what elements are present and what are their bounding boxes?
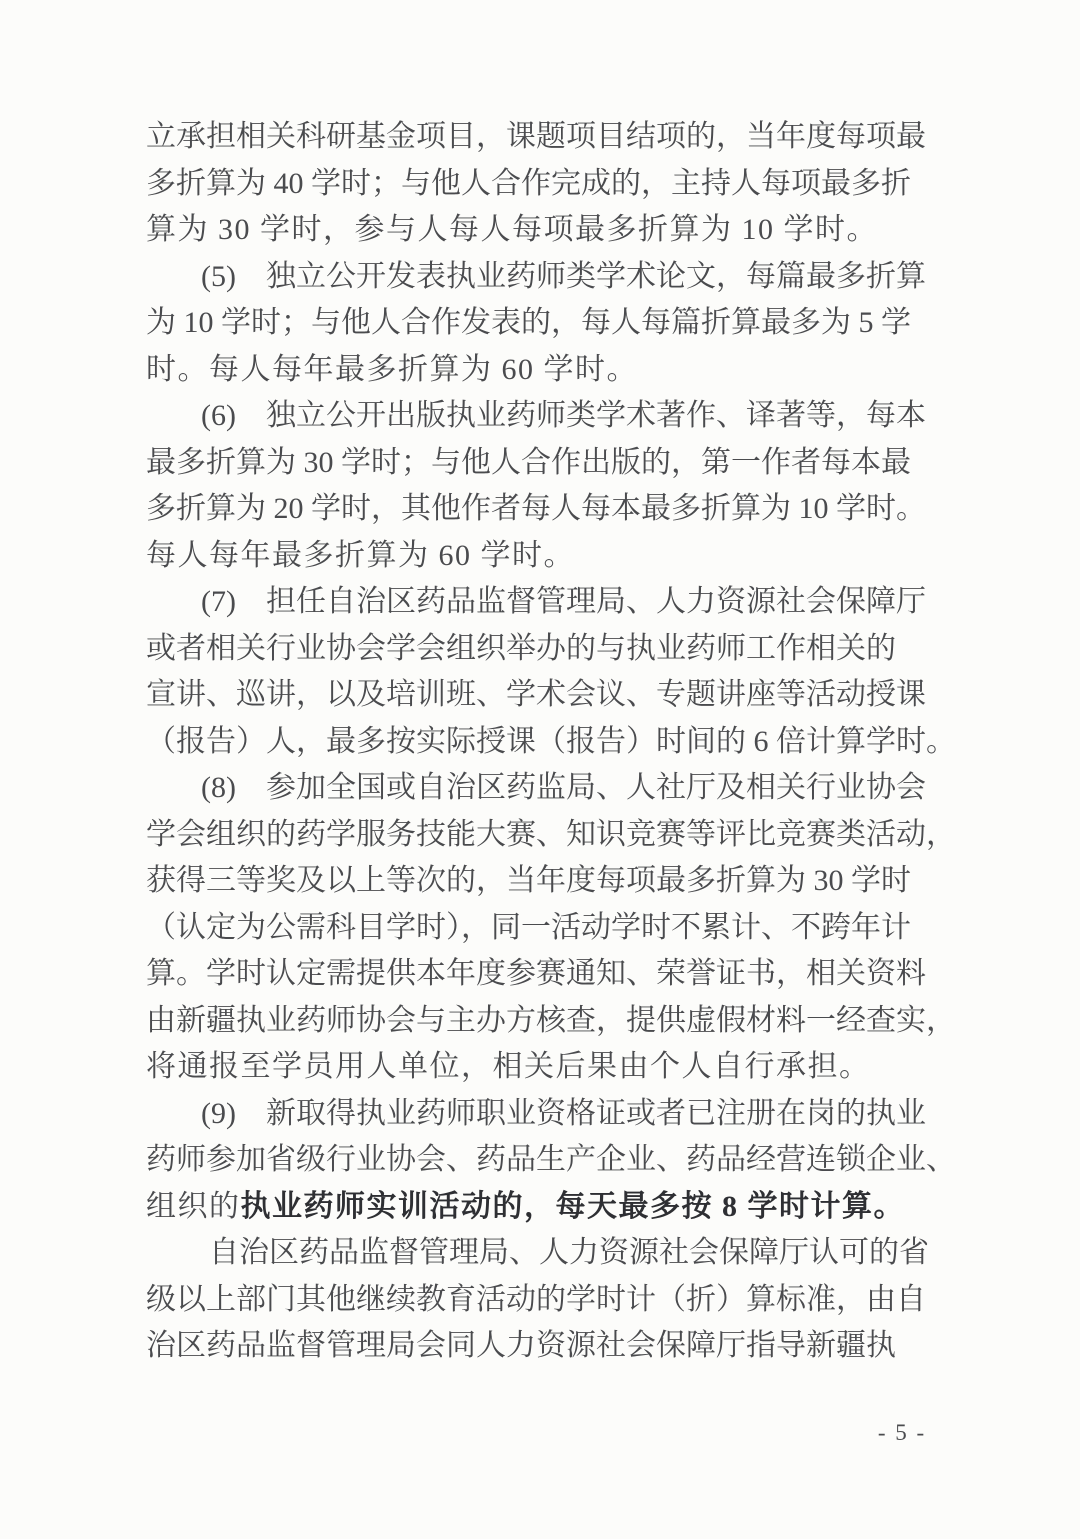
- text-line: (8) 参加全国或自治区药监局、人社厅及相关行业协会: [146, 765, 938, 812]
- text-line: 学会组织的药学服务技能大赛、知识竞赛等评比竞赛类活动，: [146, 812, 938, 859]
- text-line: 多折算为 40 学时；与他人合作完成的，主持人每项最多折: [146, 161, 938, 208]
- text-line: (9) 新取得执业药师职业资格证或者已注册在岗的执业: [146, 1091, 938, 1138]
- para-continuation: 立承担相关科研基金项目，课题项目结项的，当年度每项最多折算为 40 学时；与他人…: [146, 114, 938, 254]
- para-item-5: (5) 独立公开发表执业药师类学术论文，每篇最多折算为 10 学时；与他人合作发…: [146, 254, 938, 394]
- text-segment: 组织的: [146, 1190, 241, 1223]
- para-item-7: (7) 担任自治区药品监督管理局、人力资源社会保障厅或者相关行业协会学会组织举办…: [146, 579, 938, 765]
- text-line: 算为 30 学时，参与人每人每项最多折算为 10 学时。: [146, 207, 938, 254]
- text-line: 治区药品监督管理局会同人力资源社会保障厅指导新疆执: [146, 1323, 938, 1370]
- text-line: 获得三等奖及以上等次的，当年度每项最多折算为 30 学时: [146, 858, 938, 905]
- text-line: 组织的执业药师实训活动的，每天最多按 8 学时计算。: [146, 1184, 938, 1231]
- para-item-8: (8) 参加全国或自治区药监局、人社厅及相关行业协会学会组织的药学服务技能大赛、…: [146, 765, 938, 1091]
- text-line: 宣讲、巡讲，以及培训班、学术会议、专题讲座等活动授课: [146, 672, 938, 719]
- text-line: 或者相关行业协会学会组织举办的与执业药师工作相关的: [146, 626, 938, 673]
- text-line: 算。学时认定需提供本年度参赛通知、荣誉证书，相关资料: [146, 951, 938, 998]
- text-line: 药师参加省级行业协会、药品生产企业、药品经营连锁企业、: [146, 1137, 938, 1184]
- text-line: (5) 独立公开发表执业药师类学术论文，每篇最多折算: [146, 254, 938, 301]
- text-block: 立承担相关科研基金项目，课题项目结项的，当年度每项最多折算为 40 学时；与他人…: [146, 114, 938, 1370]
- text-line: （报告）人，最多按实际授课（报告）时间的 6 倍计算学时。: [146, 719, 938, 766]
- para-closing: 自治区药品监督管理局、人力资源社会保障厅认可的省级以上部门其他继续教育活动的学时…: [146, 1230, 938, 1370]
- text-line: 每人每年最多折算为 60 学时。: [146, 533, 938, 580]
- text-line: 为 10 学时；与他人合作发表的，每人每篇折算最多为 5 学: [146, 300, 938, 347]
- page-number: - 5 -: [852, 1420, 952, 1446]
- text-line: 多折算为 20 学时，其他作者每人每本最多折算为 10 学时。: [146, 486, 938, 533]
- text-line: 最多折算为 30 学时；与他人合作出版的，第一作者每本最: [146, 440, 938, 487]
- text-line: 将通报至学员用人单位，相关后果由个人自行承担。: [146, 1044, 938, 1091]
- text-line: (6) 独立公开出版执业药师类学术著作、译著等，每本: [146, 393, 938, 440]
- text-line: (7) 担任自治区药品监督管理局、人力资源社会保障厅: [146, 579, 938, 626]
- text-line: （认定为公需科目学时），同一活动学时不累计、不跨年计: [146, 905, 938, 952]
- text-line: 时。每人每年最多折算为 60 学时。: [146, 347, 938, 394]
- text-line: 自治区药品监督管理局、人力资源社会保障厅认可的省: [146, 1230, 938, 1277]
- text-line: 由新疆执业药师协会与主办方核查，提供虚假材料一经查实，: [146, 998, 938, 1045]
- text-line: 立承担相关科研基金项目，课题项目结项的，当年度每项最: [146, 114, 938, 161]
- text-line: 级以上部门其他继续教育活动的学时计（折）算标准，由自: [146, 1277, 938, 1324]
- document-page: 立承担相关科研基金项目，课题项目结项的，当年度每项最多折算为 40 学时；与他人…: [0, 0, 1080, 1539]
- para-item-9: (9) 新取得执业药师职业资格证或者已注册在岗的执业药师参加省级行业协会、药品生…: [146, 1091, 938, 1231]
- para-item-6: (6) 独立公开出版执业药师类学术著作、译著等，每本最多折算为 30 学时；与他…: [146, 393, 938, 579]
- bold-text-segment: 执业药师实训活动的，每天最多按 8 学时计算。: [241, 1190, 906, 1223]
